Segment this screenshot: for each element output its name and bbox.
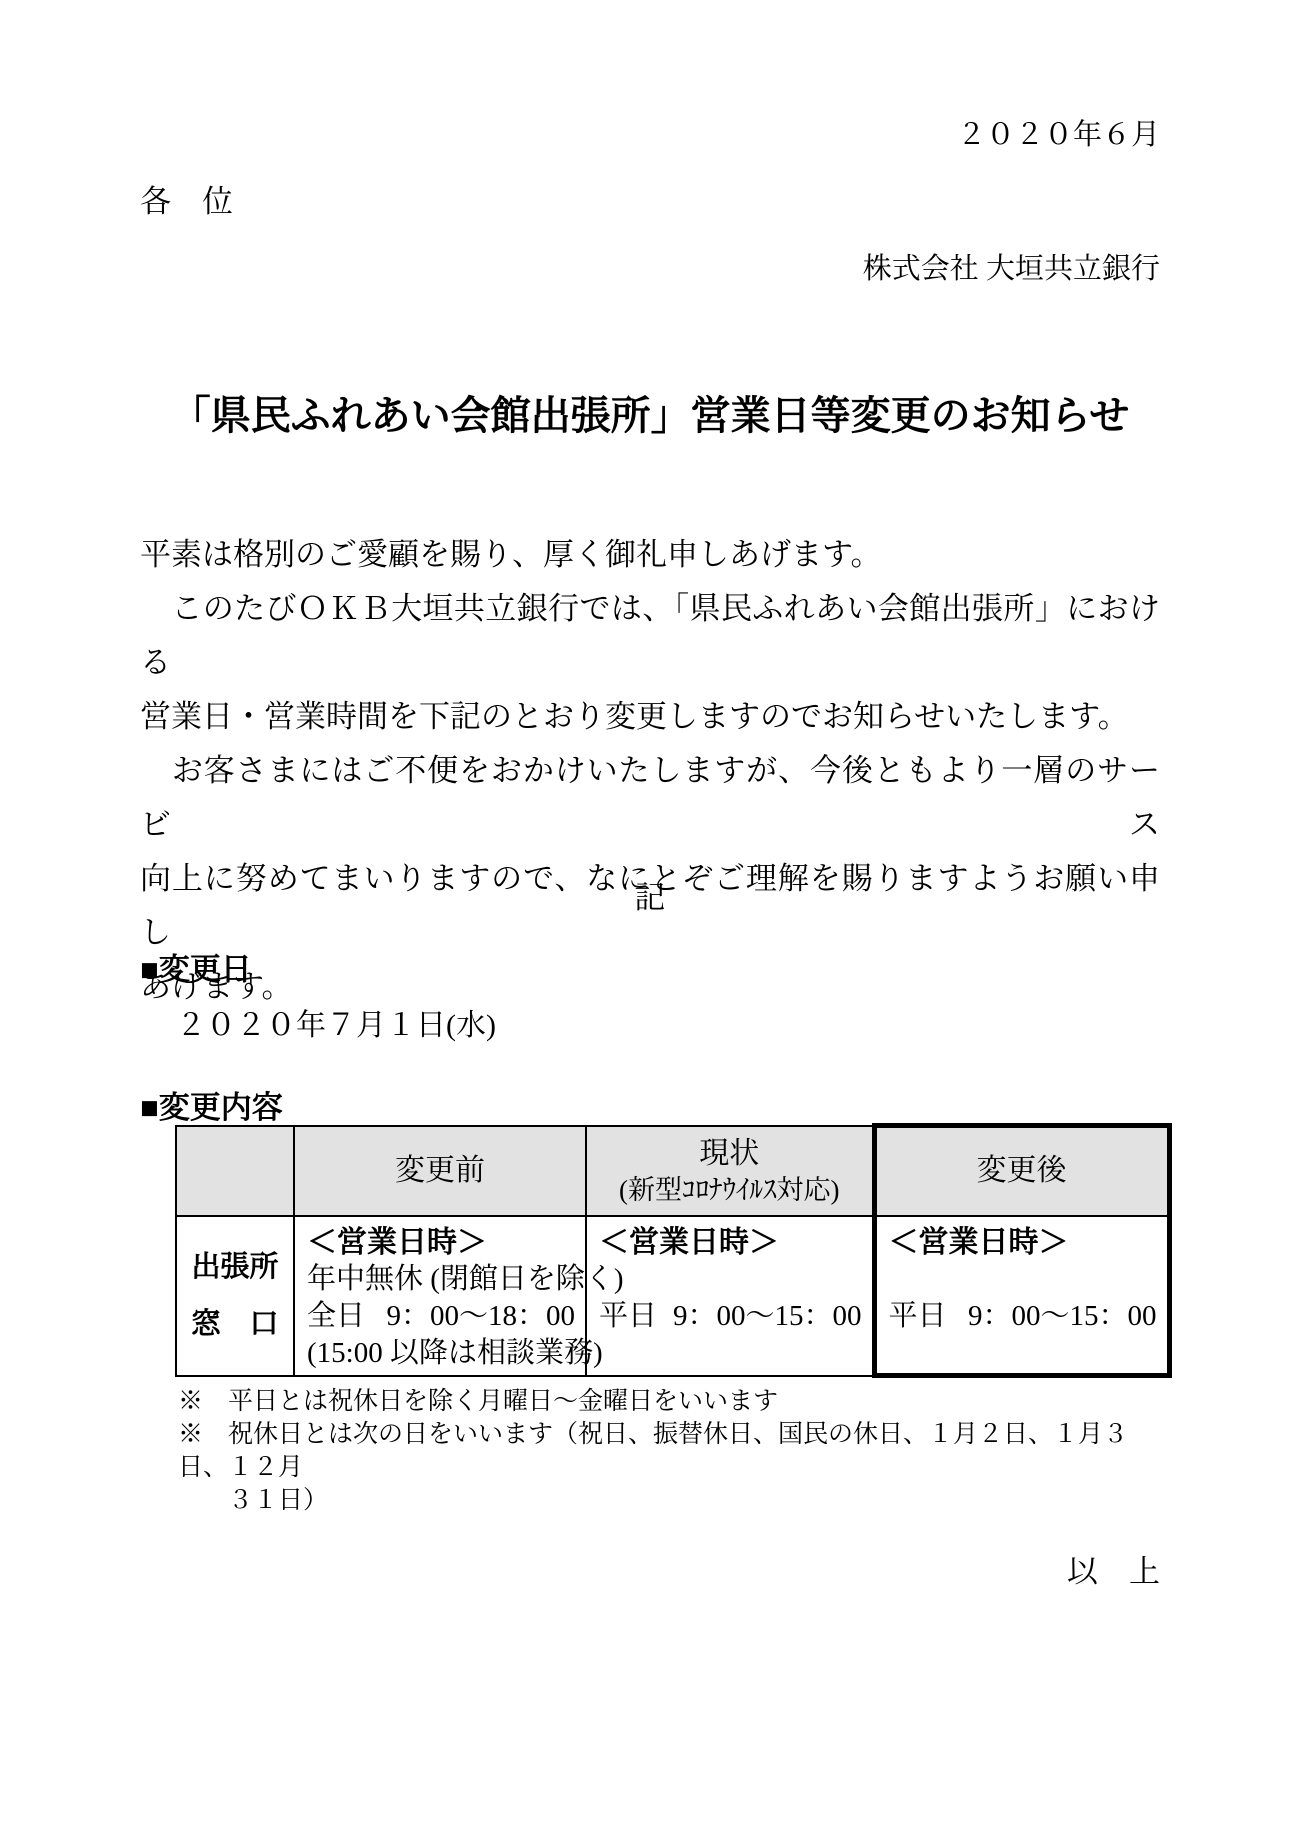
addressee: 各 位 — [140, 176, 1160, 221]
ki-marker: 記 — [140, 872, 1160, 917]
footnote-line-continuation: ３１日） — [178, 1484, 1168, 1517]
table-header-before-label: 変更前 — [295, 1152, 585, 1190]
cell-before: ＜営業日時＞ 年中無休 (閉館日を除く) 全日 9：00～18：00 (15:0… — [294, 1216, 586, 1376]
schedule-change-table: 変更前 現状 (新型ｺﾛﾅｳｲﾙｽ対応) 変更後 出張所 窓 口 — [175, 1123, 1172, 1378]
cell-before-hours: 全日 9：00～18：00 — [307, 1298, 575, 1335]
row-label-line: 窓 口 — [177, 1296, 293, 1353]
cell-current-hours: 平日 9：00～15：00 — [599, 1298, 862, 1335]
table-header-current-sublabel: (新型ｺﾛﾅｳｲﾙｽ対応) — [587, 1173, 872, 1207]
body-paragraphs: 平素は格別のご愛顧を賜り、厚く御礼申しあげます。 このたびＯＫＢ大垣共立銀行では… — [140, 528, 1160, 1014]
cell-before-time: 9：00～18：00 — [386, 1298, 575, 1335]
cell-before-line1: 年中無休 (閉館日を除く) — [307, 1261, 575, 1298]
footnote-line: ※ 祝休日とは次の日をいいます（祝日、振替休日、国民の休日、１月２日、１月３日、… — [178, 1418, 1168, 1484]
section-heading-change-content: ■変更内容 — [140, 1082, 1160, 1127]
section-heading-change-date: ■変更日 — [140, 944, 1160, 989]
table-header-before: 変更前 — [294, 1126, 586, 1216]
cell-current-day: 平日 — [599, 1298, 657, 1335]
table-header-corner — [176, 1126, 294, 1216]
table-header-row: 変更前 現状 (新型ｺﾛﾅｳｲﾙｽ対応) 変更後 — [176, 1126, 1169, 1216]
cell-after-hours: 平日 9：00～15：00 — [889, 1298, 1157, 1335]
cell-after: ＜営業日時＞ 平日 9：00～15：00 — [874, 1216, 1169, 1376]
cell-after-day: 平日 — [889, 1298, 947, 1335]
cell-after-heading: ＜営業日時＞ — [889, 1224, 1157, 1261]
table-header-current: 現状 (新型ｺﾛﾅｳｲﾙｽ対応) — [586, 1126, 874, 1216]
document-title: 「県民ふれあい会館出張所」営業日等変更のお知らせ — [140, 384, 1160, 441]
table-header-after: 変更後 — [874, 1126, 1169, 1216]
change-table-wrapper: 変更前 現状 (新型ｺﾛﾅｳｲﾙｽ対応) 変更後 出張所 窓 口 — [175, 1123, 1172, 1378]
table-header-after-label: 変更後 — [877, 1152, 1167, 1190]
document-page: ２０２０年６月 各 位 株式会社 大垣共立銀行 「県民ふれあい会館出張所」営業日… — [0, 0, 1296, 1843]
cell-current: ＜営業日時＞ 平日 9：00～15：00 — [586, 1216, 874, 1376]
body-line: 平素は格別のご愛顧を賜り、厚く御礼申しあげます。 — [140, 528, 1160, 582]
footnotes: ※ 平日とは祝休日を除く月曜日～金曜日をいいます ※ 祝休日とは次の日をいいます… — [178, 1385, 1168, 1517]
cell-after-time: 9：00～15：00 — [968, 1298, 1157, 1335]
cell-current-time: 9：00～15：00 — [673, 1298, 862, 1335]
body-line: このたびＯＫＢ大垣共立銀行では、「県民ふれあい会館出張所」における — [140, 582, 1160, 690]
company-name: 株式会社 大垣共立銀行 — [140, 246, 1160, 287]
table-body-row: 出張所 窓 口 ＜営業日時＞ 年中無休 (閉館日を除く) 全日 9：00～18：… — [176, 1216, 1169, 1376]
closing-marker: 以 上 — [140, 1546, 1160, 1591]
change-date-value: ２０２０年７月１日(水) — [140, 1000, 1160, 1044]
cell-before-heading: ＜営業日時＞ — [307, 1224, 575, 1261]
footnote-line: ※ 平日とは祝休日を除く月曜日～金曜日をいいます — [178, 1385, 1168, 1418]
row-label-cell: 出張所 窓 口 — [176, 1216, 294, 1376]
cell-after-spacer — [889, 1261, 1157, 1298]
row-label-line: 出張所 — [177, 1239, 293, 1296]
doc-date: ２０２０年６月 — [140, 112, 1160, 153]
table-header-current-label: 現状 — [587, 1135, 872, 1173]
cell-current-heading: ＜営業日時＞ — [599, 1224, 862, 1261]
cell-current-spacer — [599, 1261, 862, 1298]
cell-before-note: (15:00 以降は相談業務) — [307, 1335, 575, 1372]
body-line: お客さまにはご不便をおかけいたしますが、今後ともより一層のサービス — [140, 744, 1160, 852]
cell-before-day: 全日 — [307, 1298, 365, 1335]
body-line: 営業日・営業時間を下記のとおり変更しますのでお知らせいたします。 — [140, 690, 1160, 744]
